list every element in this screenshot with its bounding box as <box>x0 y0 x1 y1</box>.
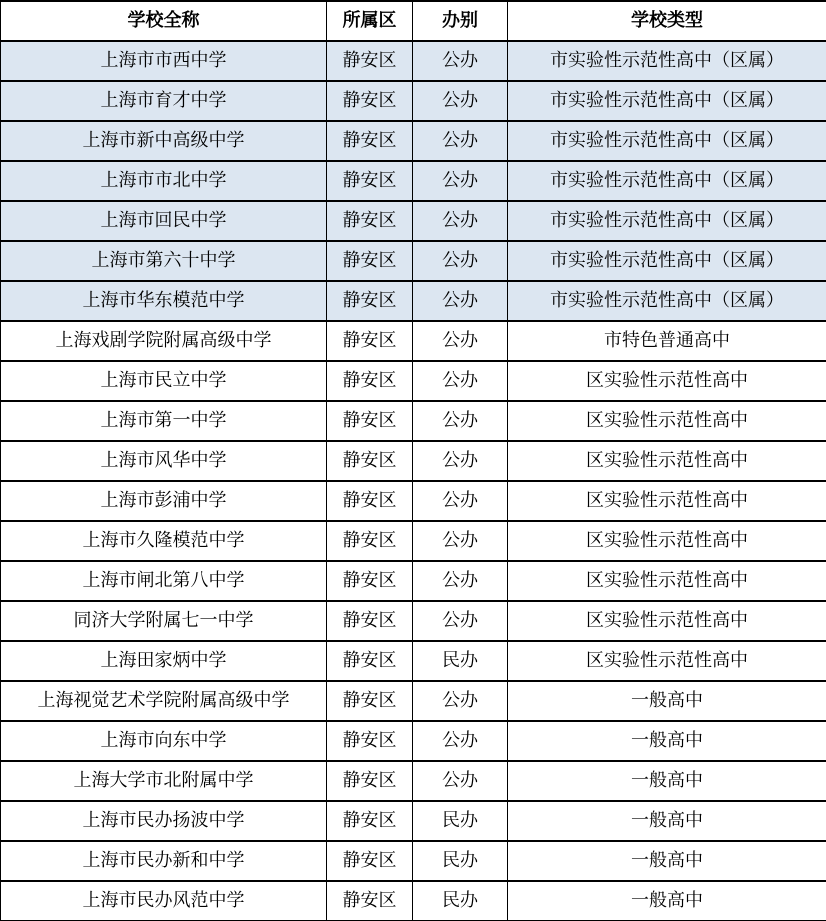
ownership-cell: 民办 <box>413 841 508 881</box>
category-cell: 区实验性示范性高中 <box>508 521 826 561</box>
district-cell: 静安区 <box>327 201 413 241</box>
table-row: 上海市风华中学静安区公办区实验性示范性高中 <box>1 441 826 481</box>
table-row: 上海视觉艺术学院附属高级中学静安区公办一般高中 <box>1 681 826 721</box>
category-cell: 区实验性示范性高中 <box>508 481 826 521</box>
school-name-cell: 上海市民办风范中学 <box>1 881 327 921</box>
table-row: 上海市闸北第八中学静安区公办区实验性示范性高中 <box>1 561 826 601</box>
school-name-cell: 上海市华东模范中学 <box>1 281 327 321</box>
ownership-cell: 公办 <box>413 81 508 121</box>
school-name-cell: 同济大学附属七一中学 <box>1 601 327 641</box>
category-cell: 一般高中 <box>508 881 826 921</box>
district-cell: 静安区 <box>327 881 413 921</box>
column-header: 学校全称 <box>1 1 327 41</box>
table-row: 上海市民办风范中学静安区民办一般高中 <box>1 881 826 921</box>
school-name-cell: 上海市闸北第八中学 <box>1 561 327 601</box>
table-row: 上海市市西中学静安区公办市实验性示范性高中（区属） <box>1 41 826 81</box>
ownership-cell: 公办 <box>413 361 508 401</box>
school-name-cell: 上海市市北中学 <box>1 161 327 201</box>
table-row: 上海市育才中学静安区公办市实验性示范性高中（区属） <box>1 81 826 121</box>
ownership-cell: 公办 <box>413 201 508 241</box>
column-header: 办别 <box>413 1 508 41</box>
table-body: 上海市市西中学静安区公办市实验性示范性高中（区属）上海市育才中学静安区公办市实验… <box>1 41 826 921</box>
district-cell: 静安区 <box>327 161 413 201</box>
district-cell: 静安区 <box>327 761 413 801</box>
category-cell: 市特色普通高中 <box>508 321 826 361</box>
school-name-cell: 上海市风华中学 <box>1 441 327 481</box>
school-name-cell: 上海市向东中学 <box>1 721 327 761</box>
column-header: 所属区 <box>327 1 413 41</box>
school-name-cell: 上海市新中高级中学 <box>1 121 327 161</box>
ownership-cell: 公办 <box>413 481 508 521</box>
ownership-cell: 民办 <box>413 801 508 841</box>
category-cell: 市实验性示范性高中（区属） <box>508 281 826 321</box>
category-cell: 一般高中 <box>508 681 826 721</box>
table-row: 上海市向东中学静安区公办一般高中 <box>1 721 826 761</box>
table-row: 上海市民立中学静安区公办区实验性示范性高中 <box>1 361 826 401</box>
table-row: 上海市新中高级中学静安区公办市实验性示范性高中（区属） <box>1 121 826 161</box>
school-name-cell: 上海市第一中学 <box>1 401 327 441</box>
category-cell: 市实验性示范性高中（区属） <box>508 41 826 81</box>
table-row: 上海市第六十中学静安区公办市实验性示范性高中（区属） <box>1 241 826 281</box>
district-cell: 静安区 <box>327 561 413 601</box>
table-row: 上海市回民中学静安区公办市实验性示范性高中（区属） <box>1 201 826 241</box>
ownership-cell: 民办 <box>413 881 508 921</box>
district-cell: 静安区 <box>327 601 413 641</box>
ownership-cell: 公办 <box>413 441 508 481</box>
category-cell: 区实验性示范性高中 <box>508 641 826 681</box>
school-name-cell: 上海市育才中学 <box>1 81 327 121</box>
school-name-cell: 上海市久隆模范中学 <box>1 521 327 561</box>
table-row: 上海市彭浦中学静安区公办区实验性示范性高中 <box>1 481 826 521</box>
table-row: 上海市久隆模范中学静安区公办区实验性示范性高中 <box>1 521 826 561</box>
table-row: 上海市民办新和中学静安区民办一般高中 <box>1 841 826 881</box>
ownership-cell: 公办 <box>413 321 508 361</box>
school-name-cell: 上海田家炳中学 <box>1 641 327 681</box>
school-name-cell: 上海市民办新和中学 <box>1 841 327 881</box>
district-cell: 静安区 <box>327 81 413 121</box>
ownership-cell: 公办 <box>413 721 508 761</box>
district-cell: 静安区 <box>327 481 413 521</box>
ownership-cell: 公办 <box>413 521 508 561</box>
ownership-cell: 公办 <box>413 761 508 801</box>
district-cell: 静安区 <box>327 281 413 321</box>
ownership-cell: 公办 <box>413 161 508 201</box>
category-cell: 一般高中 <box>508 721 826 761</box>
ownership-cell: 公办 <box>413 681 508 721</box>
ownership-cell: 公办 <box>413 561 508 601</box>
ownership-cell: 公办 <box>413 241 508 281</box>
table-row: 上海市第一中学静安区公办区实验性示范性高中 <box>1 401 826 441</box>
category-cell: 一般高中 <box>508 761 826 801</box>
table-row: 上海市民办扬波中学静安区民办一般高中 <box>1 801 826 841</box>
school-name-cell: 上海市民办扬波中学 <box>1 801 327 841</box>
table-row: 上海戏剧学院附属高级中学静安区公办市特色普通高中 <box>1 321 826 361</box>
ownership-cell: 民办 <box>413 641 508 681</box>
ownership-cell: 公办 <box>413 121 508 161</box>
category-cell: 市实验性示范性高中（区属） <box>508 201 826 241</box>
column-header: 学校类型 <box>508 1 826 41</box>
category-cell: 市实验性示范性高中（区属） <box>508 81 826 121</box>
school-table: 学校全称所属区办别学校类型 上海市市西中学静安区公办市实验性示范性高中（区属）上… <box>0 0 826 921</box>
school-name-cell: 上海市回民中学 <box>1 201 327 241</box>
ownership-cell: 公办 <box>413 41 508 81</box>
district-cell: 静安区 <box>327 321 413 361</box>
school-name-cell: 上海市第六十中学 <box>1 241 327 281</box>
category-cell: 区实验性示范性高中 <box>508 401 826 441</box>
category-cell: 区实验性示范性高中 <box>508 601 826 641</box>
ownership-cell: 公办 <box>413 601 508 641</box>
category-cell: 市实验性示范性高中（区属） <box>508 121 826 161</box>
district-cell: 静安区 <box>327 801 413 841</box>
district-cell: 静安区 <box>327 41 413 81</box>
district-cell: 静安区 <box>327 521 413 561</box>
category-cell: 市实验性示范性高中（区属） <box>508 241 826 281</box>
school-name-cell: 上海市彭浦中学 <box>1 481 327 521</box>
district-cell: 静安区 <box>327 441 413 481</box>
district-cell: 静安区 <box>327 241 413 281</box>
table-row: 上海大学市北附属中学静安区公办一般高中 <box>1 761 826 801</box>
table-row: 同济大学附属七一中学静安区公办区实验性示范性高中 <box>1 601 826 641</box>
school-name-cell: 上海市民立中学 <box>1 361 327 401</box>
school-name-cell: 上海视觉艺术学院附属高级中学 <box>1 681 327 721</box>
category-cell: 区实验性示范性高中 <box>508 361 826 401</box>
district-cell: 静安区 <box>327 401 413 441</box>
header-row: 学校全称所属区办别学校类型 <box>1 1 826 41</box>
category-cell: 区实验性示范性高中 <box>508 441 826 481</box>
category-cell: 市实验性示范性高中（区属） <box>508 161 826 201</box>
district-cell: 静安区 <box>327 721 413 761</box>
district-cell: 静安区 <box>327 841 413 881</box>
table-row: 上海市市北中学静安区公办市实验性示范性高中（区属） <box>1 161 826 201</box>
district-cell: 静安区 <box>327 361 413 401</box>
category-cell: 区实验性示范性高中 <box>508 561 826 601</box>
school-name-cell: 上海大学市北附属中学 <box>1 761 327 801</box>
ownership-cell: 公办 <box>413 281 508 321</box>
school-name-cell: 上海市市西中学 <box>1 41 327 81</box>
table-row: 上海田家炳中学静安区民办区实验性示范性高中 <box>1 641 826 681</box>
school-name-cell: 上海戏剧学院附属高级中学 <box>1 321 327 361</box>
district-cell: 静安区 <box>327 641 413 681</box>
ownership-cell: 公办 <box>413 401 508 441</box>
district-cell: 静安区 <box>327 681 413 721</box>
category-cell: 一般高中 <box>508 801 826 841</box>
category-cell: 一般高中 <box>508 841 826 881</box>
district-cell: 静安区 <box>327 121 413 161</box>
table-row: 上海市华东模范中学静安区公办市实验性示范性高中（区属） <box>1 281 826 321</box>
